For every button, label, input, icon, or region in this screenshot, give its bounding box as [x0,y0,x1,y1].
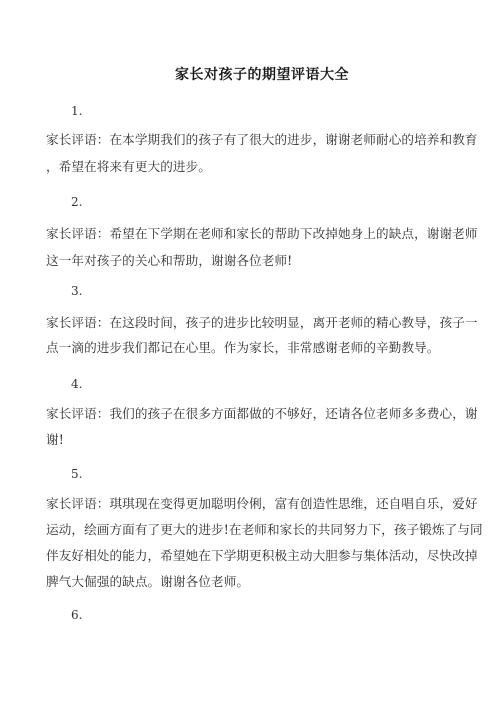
entry-number: 1. [71,104,82,118]
entry-number: 2. [71,195,82,209]
entry-text-line: 家长评语：在本学期我们的孩子有了很大的进步，谢谢老师耐心的培养和教育 [46,129,466,148]
entry-text-line: 家长评语：琪琪现在变得更加聪明伶俐，富有创造性思维，还自唱自乐，爱好 [46,493,466,512]
entry-text-line: 家长评语：我们的孩子在很多方面都做的不够好，还请各位老师多多费心，谢 [46,403,466,422]
entry-text-line: ，希望在将来有更大的进步。 [46,156,466,175]
entry-text-line: 这一年对孩子的关心和帮助，谢谢各位老师! [46,250,466,269]
entry-number: 5. [71,467,82,481]
entry-text-line: 谢! [46,429,466,448]
entry-number: 3. [71,284,82,298]
document-page: 家长对孩子的期望评语大全 1. 家长评语：在本学期我们的孩子有了很大的进步，谢谢… [0,0,500,708]
entry-number: 6. [71,608,82,622]
entry-number: 4. [71,377,82,391]
entry-text-line: 家长评语：在这段时间，孩子的进步比较明显，离开老师的精心教导，孩子一 [46,312,466,331]
entry-text-line: 家长评语：希望在下学期在老师和家长的帮助下改掉她身上的缺点，谢谢老师 [46,223,466,242]
document-title: 家长对孩子的期望评语大全 [12,64,500,84]
entry-text-line: 脾气大倔强的缺点。谢谢各位老师。 [46,571,466,590]
entry-text-line: 运动，绘画方面有了更大的进步!在老师和家长的共同努力下，孩子锻炼了与同 [46,519,466,538]
entry-text-line: 伴友好相处的能力，希望她在下学期更积极主动大胆参与集体活动，尽快改掉 [46,545,466,564]
entry-text-line: 点一滴的进步我们都记在心里。作为家长，非常感谢老师的辛勤教导。 [46,337,466,356]
